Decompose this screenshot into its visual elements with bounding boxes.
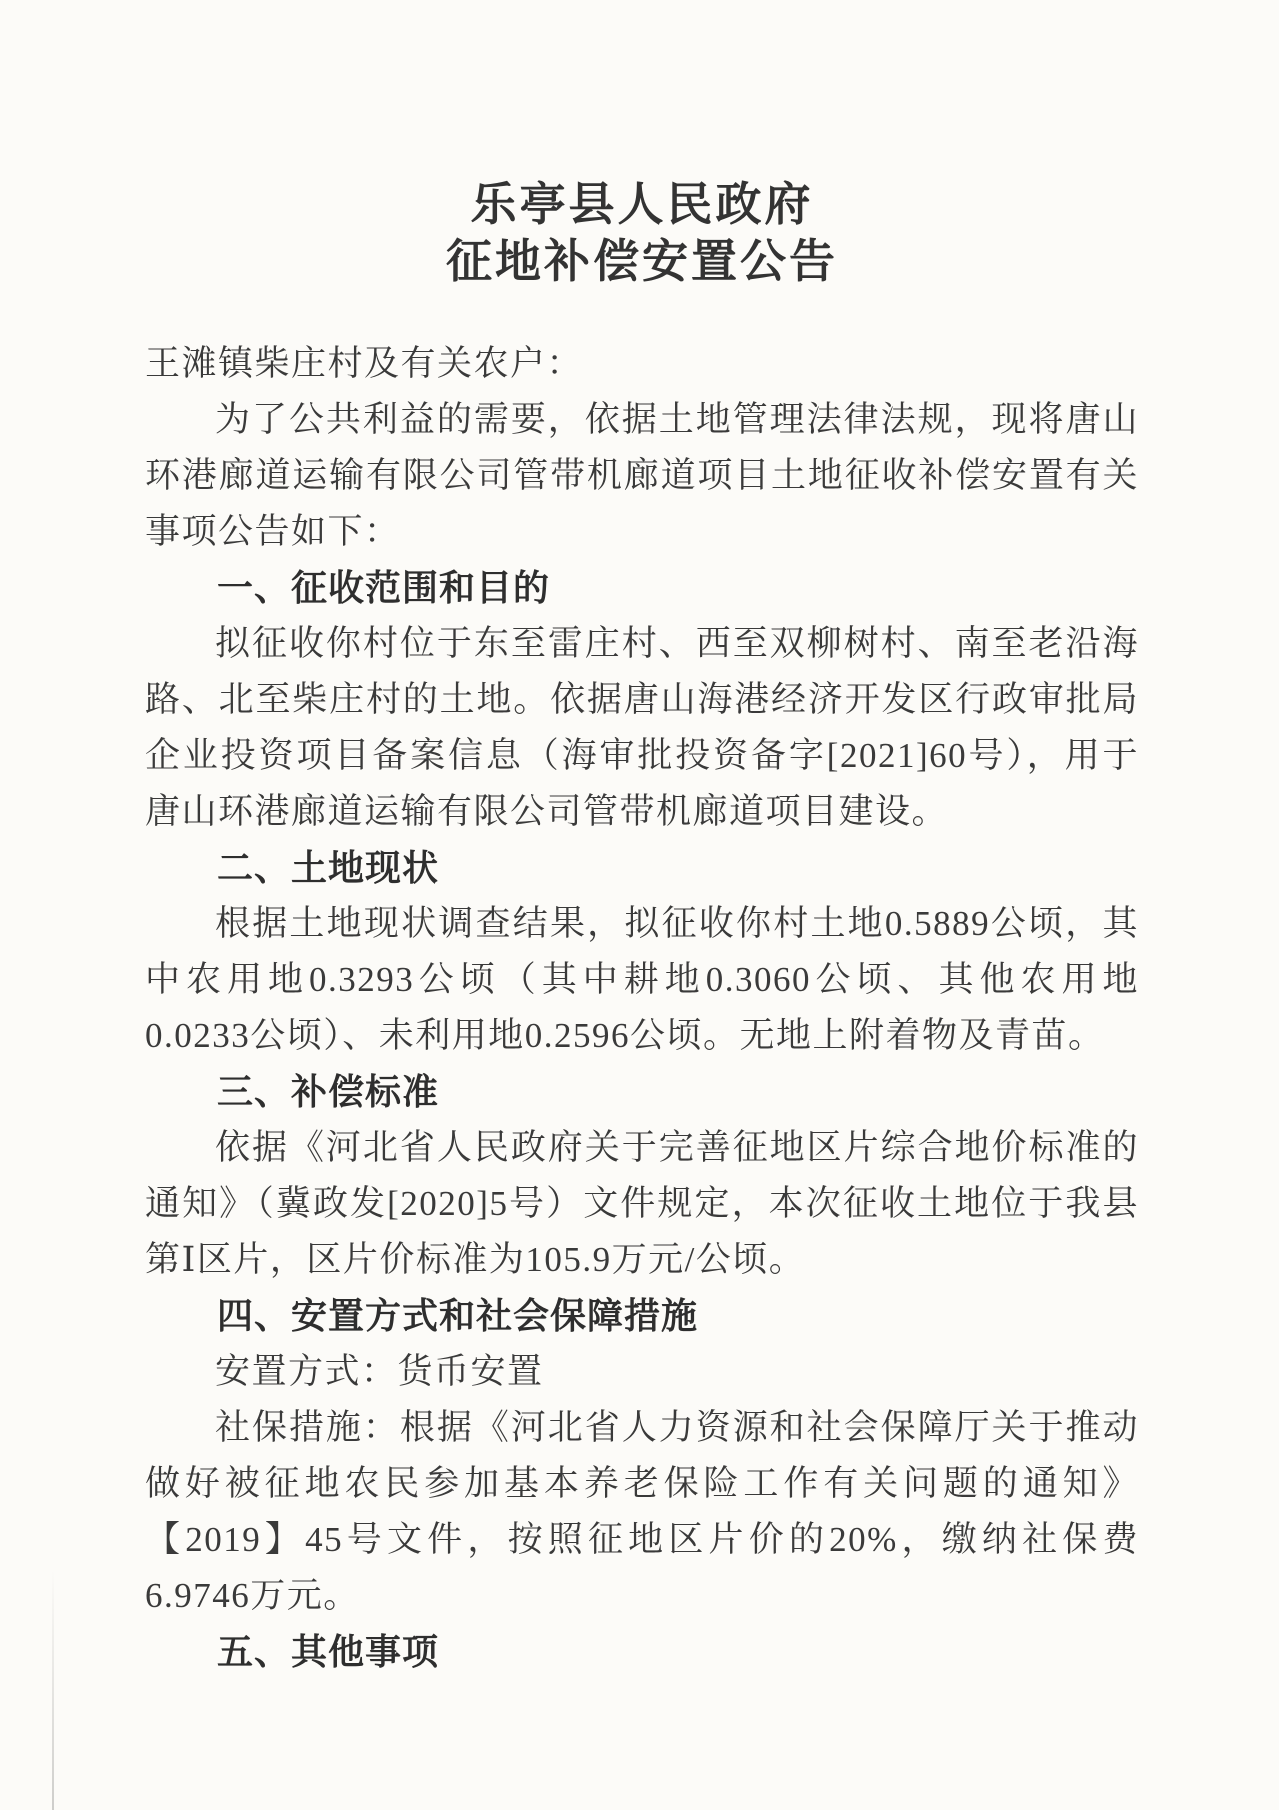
document-title: 乐亭县人民政府 征地补偿安置公告 bbox=[145, 176, 1139, 290]
scanned-document-page: 乐亭县人民政府 征地补偿安置公告 王滩镇柴庄村及有关农户： 为了公共利益的需要，… bbox=[0, 0, 1279, 1810]
section-1-paragraph: 拟征收你村位于东至雷庄村、西至双柳树村、南至老沿海路、北至柴庄村的土地。依据唐山… bbox=[145, 616, 1139, 840]
section-4-heading: 四、安置方式和社会保障措施 bbox=[145, 1288, 1139, 1344]
intro-paragraph: 为了公共利益的需要，依据土地管理法律法规，现将唐山环港廊道运输有限公司管带机廊道… bbox=[145, 392, 1139, 560]
section-3-paragraph: 依据《河北省人民政府关于完善征地区片综合地价标准的通知》（冀政发[2020]5号… bbox=[145, 1120, 1139, 1288]
section-4-paragraph-resettlement: 安置方式：货币安置 bbox=[145, 1344, 1139, 1400]
scan-edge-artifact bbox=[52, 1570, 54, 1810]
section-3-heading: 三、补偿标准 bbox=[145, 1064, 1139, 1120]
section-1-heading: 一、征收范围和目的 bbox=[145, 560, 1139, 616]
section-5-heading: 五、其他事项 bbox=[145, 1624, 1139, 1680]
document-content: 乐亭县人民政府 征地补偿安置公告 王滩镇柴庄村及有关农户： 为了公共利益的需要，… bbox=[145, 176, 1139, 1680]
document-body: 王滩镇柴庄村及有关农户： 为了公共利益的需要，依据土地管理法律法规，现将唐山环港… bbox=[145, 336, 1139, 1680]
document-title-line2: 征地补偿安置公告 bbox=[145, 233, 1139, 290]
section-2-paragraph: 根据土地现状调查结果，拟征收你村土地0.5889公顷，其中农用地0.3293公顷… bbox=[145, 896, 1139, 1064]
salutation-line: 王滩镇柴庄村及有关农户： bbox=[145, 336, 1139, 392]
section-2-heading: 二、土地现状 bbox=[145, 840, 1139, 896]
document-title-line1: 乐亭县人民政府 bbox=[145, 176, 1139, 233]
section-4-paragraph-social-security: 社保措施：根据《河北省人力资源和社会保障厅关于推动做好被征地农民参加基本养老保险… bbox=[145, 1400, 1139, 1624]
